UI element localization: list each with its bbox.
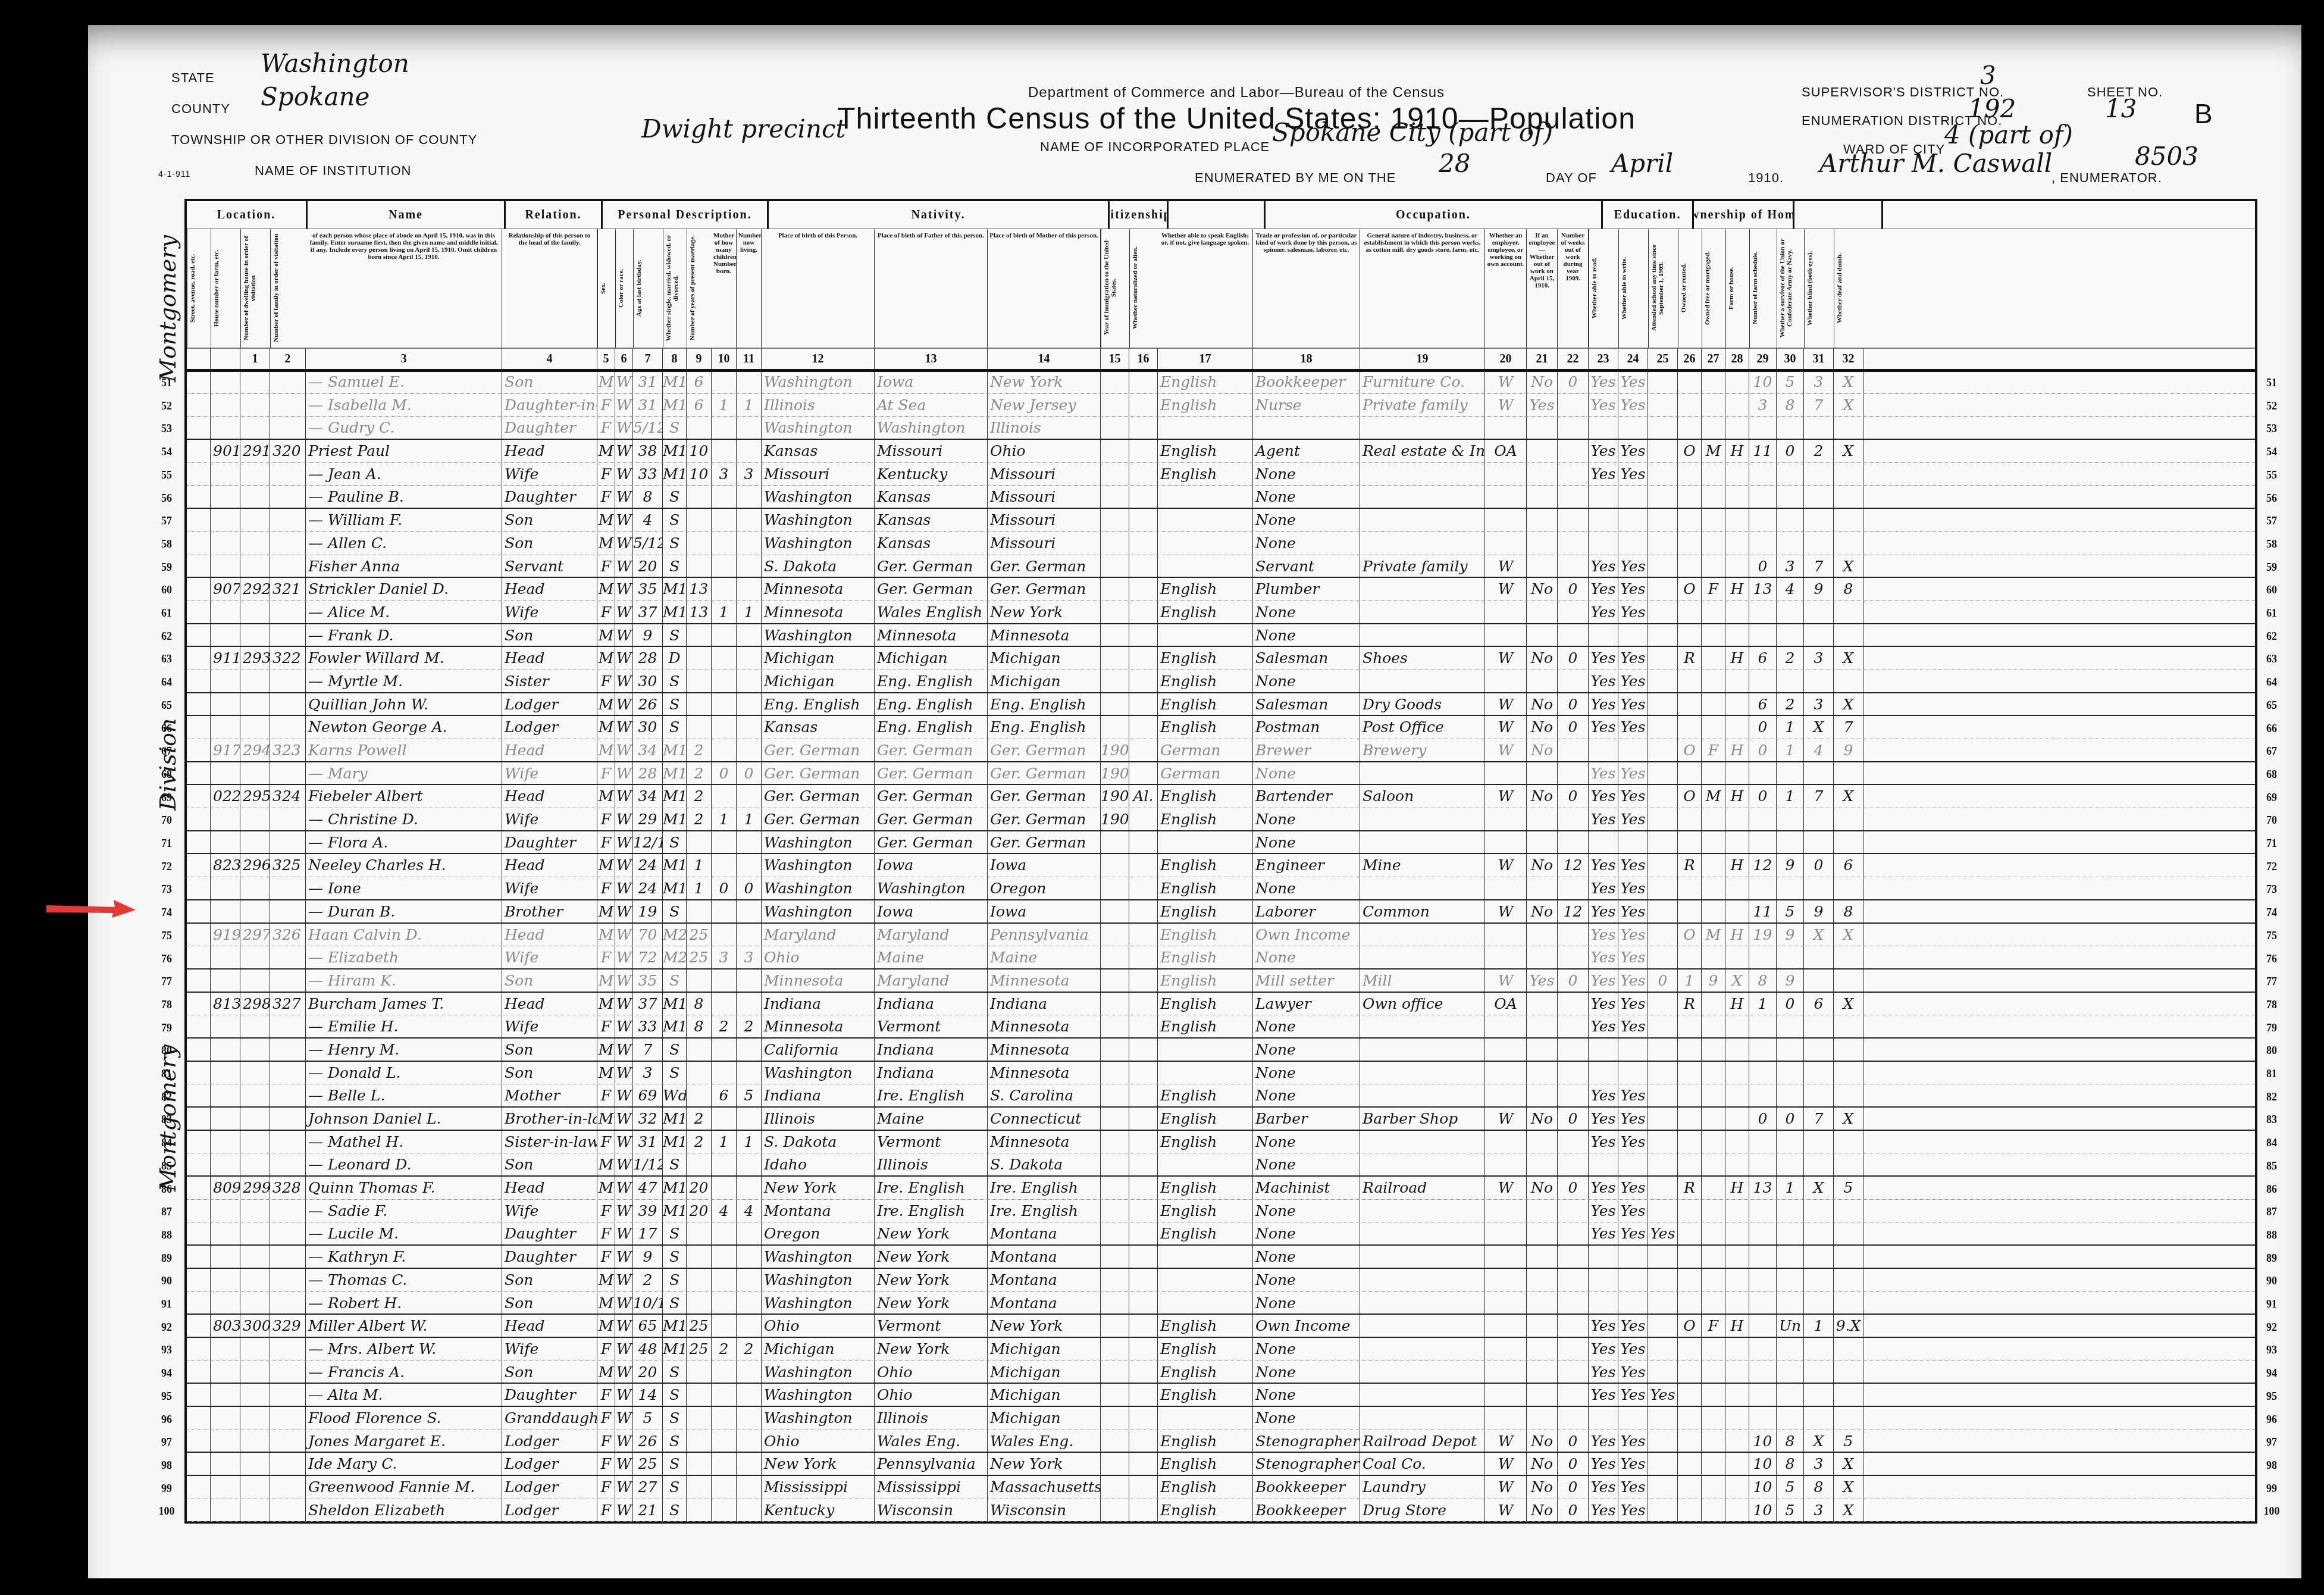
cell-industry (1360, 670, 1485, 692)
cell-emp (1485, 509, 1527, 531)
cell-born: 0 (712, 762, 737, 784)
cell-sex: M (597, 1108, 615, 1130)
cell-fh: H (1725, 854, 1749, 877)
cell-age: 5 (633, 1407, 663, 1430)
cell-nat (1129, 440, 1158, 462)
cell-industry: Shoes (1360, 647, 1485, 670)
cell-imm (1101, 1269, 1129, 1291)
cell-c32 (1834, 1292, 1863, 1314)
cell-read (1589, 417, 1618, 439)
cell-name: — Allen C. (306, 532, 502, 555)
cell-street (187, 1062, 211, 1084)
cell-write: Yes (1618, 1361, 1648, 1383)
cell-nat (1129, 1453, 1158, 1475)
cell-marital: S (663, 1361, 687, 1383)
cell-fh: H (1725, 739, 1749, 761)
cell-emp: W (1485, 1108, 1527, 1130)
line-number-right: 87 (2260, 1206, 2284, 1218)
cell-age: 24 (633, 877, 663, 899)
cell-read: Yes (1589, 785, 1618, 808)
cell-house (211, 394, 240, 417)
line-number-left: 77 (155, 975, 178, 988)
cell-nat (1129, 509, 1158, 531)
cell-c32 (1834, 969, 1863, 992)
cell-relation: Head (502, 1315, 597, 1337)
cell-free (1702, 1384, 1725, 1406)
cell-sched (1749, 831, 1777, 853)
cell-c31: 3 (1804, 1499, 1834, 1522)
cell-fh (1725, 831, 1749, 853)
cell-school (1648, 1015, 1678, 1037)
cell-born (712, 1153, 737, 1175)
cell-name: — Gudry C. (306, 417, 502, 439)
cell-free (1702, 1246, 1725, 1268)
cell-name: Fisher Anna (306, 555, 502, 577)
cell-pob_m: Wales Eng. (988, 1430, 1101, 1452)
line-number-right: 66 (2260, 723, 2284, 735)
cell-c30 (1777, 1246, 1804, 1268)
cell-own (1678, 532, 1702, 555)
table-row: — William F.SonMW4SWashingtonKansasMisso… (187, 509, 2255, 532)
cell-dwelling (240, 1292, 270, 1314)
cell-marital: M1 (663, 1177, 687, 1199)
cell-sex: F (597, 762, 615, 784)
cell-c31 (1804, 1015, 1834, 1037)
line-number-right: 97 (2260, 1436, 2284, 1449)
cell-born (712, 785, 737, 808)
cell-pob: Ger. German (762, 785, 875, 808)
cell-out: No (1527, 1476, 1558, 1499)
cell-c32 (1834, 601, 1863, 623)
cell-industry (1360, 417, 1485, 439)
cell-age: 3 (633, 1062, 663, 1084)
cell-name: — Robert H. (306, 1292, 502, 1314)
cell-street (187, 1361, 211, 1383)
cell-trade: Brewer (1253, 739, 1360, 761)
cell-imm (1101, 1177, 1129, 1199)
cell-imm (1101, 1476, 1129, 1499)
cell-c32: X (1834, 924, 1863, 946)
cell-dwelling: 299 (240, 1177, 270, 1199)
column-number: 12 (762, 349, 875, 369)
cell-sex: F (597, 417, 615, 439)
column-number: 6 (615, 349, 633, 369)
cell-sex: M (597, 1039, 615, 1061)
cell-nat (1129, 417, 1158, 439)
state-label: State (171, 70, 215, 86)
cell-dwelling: 292 (240, 578, 270, 601)
cell-living: 2 (737, 1338, 762, 1361)
cell-read: Yes (1589, 555, 1618, 577)
cell-yrs (687, 716, 712, 739)
cell-weeks (1558, 877, 1589, 899)
column-number: 29 (1749, 349, 1777, 369)
cell-pob_m: Ger. German (988, 578, 1101, 601)
cell-street (187, 486, 211, 508)
cell-nat (1129, 1315, 1158, 1337)
cell-write: Yes (1618, 946, 1648, 968)
line-number-left: 56 (155, 492, 178, 505)
cell-trade: Barber (1253, 1108, 1360, 1130)
cell-sex: M (597, 1315, 615, 1337)
cell-age: 9 (633, 624, 663, 646)
sheet-side: B (2194, 98, 2213, 130)
cell-english: English (1158, 647, 1253, 670)
cell-out (1527, 417, 1558, 439)
cell-nat (1129, 1108, 1158, 1130)
line-number-right: 98 (2260, 1459, 2284, 1472)
cell-c30: 5 (1777, 900, 1804, 922)
cell-c30 (1777, 1292, 1804, 1314)
cell-c31 (1804, 463, 1834, 486)
cell-house: 907 (211, 578, 240, 601)
cell-marital: M2 (663, 946, 687, 968)
cell-c30: 0 (1777, 993, 1804, 1015)
cell-english: English (1158, 716, 1253, 739)
line-number-right: 96 (2260, 1413, 2284, 1426)
line-number-left: 96 (155, 1413, 178, 1426)
cell-house (211, 509, 240, 531)
cell-own (1678, 509, 1702, 531)
cell-race: W (615, 693, 633, 715)
cell-pob_m: Ger. German (988, 555, 1101, 577)
cell-fh (1725, 417, 1749, 439)
cell-house: 823 (211, 854, 240, 877)
cell-fh (1725, 1015, 1749, 1037)
cell-read (1589, 1246, 1618, 1268)
column-headers: Street, avenue, road, etc.House number o… (187, 229, 2255, 348)
cell-write: Yes (1618, 716, 1648, 739)
cell-write (1618, 1407, 1648, 1430)
state-value: Washington (261, 49, 409, 78)
cell-marital: Wd (663, 1084, 687, 1106)
cell-trade: Servant (1253, 555, 1360, 577)
table-row: 911293322Fowler Willard M.HeadMW28DMichi… (187, 647, 2255, 670)
cell-write: Yes (1618, 693, 1648, 715)
cell-relation: Head (502, 739, 597, 761)
cell-street (187, 1222, 211, 1244)
cell-family (270, 969, 306, 992)
cell-english: English (1158, 1177, 1253, 1199)
cell-c31 (1804, 1292, 1834, 1314)
cell-relation: Sister (502, 670, 597, 692)
cell-own (1678, 693, 1702, 715)
cell-sched: 6 (1749, 647, 1777, 670)
cell-family: 322 (270, 647, 306, 670)
cell-fh (1725, 532, 1749, 555)
cell-imm (1101, 1499, 1129, 1522)
cell-pob: Washington (762, 1361, 875, 1383)
cell-sched (1749, 1338, 1777, 1361)
cell-pob: S. Dakota (762, 1131, 875, 1153)
cell-out (1527, 831, 1558, 853)
cell-name: — Belle L. (306, 1084, 502, 1106)
column-header: Number of farm schedule. (1749, 229, 1777, 348)
cell-nat (1129, 555, 1158, 577)
cell-trade (1253, 417, 1360, 439)
cell-nat (1129, 486, 1158, 508)
cell-school (1648, 1338, 1678, 1361)
cell-pob_f: Vermont (875, 1015, 988, 1037)
cell-english: German (1158, 762, 1253, 784)
county-value: Spokane (261, 82, 369, 111)
column-numbers: 1234567891011121314151617181920212223242… (187, 348, 2255, 372)
cell-weeks: 0 (1558, 716, 1589, 739)
cell-pob_f: Kentucky (875, 463, 988, 486)
cell-sched (1749, 1222, 1777, 1244)
cell-weeks: 0 (1558, 1430, 1589, 1452)
cell-c31 (1804, 1153, 1834, 1175)
cell-race: W (615, 946, 633, 968)
cell-industry: Real estate & Insurance (1360, 440, 1485, 462)
cell-street (187, 993, 211, 1015)
cell-out (1527, 532, 1558, 555)
cell-trade: Bookkeeper (1253, 1476, 1360, 1499)
cell-relation: Wife (502, 1200, 597, 1222)
cell-living: 1 (737, 1131, 762, 1153)
cell-living (737, 509, 762, 531)
cell-nat (1129, 1407, 1158, 1430)
cell-imm (1101, 1222, 1129, 1244)
cell-emp: W (1485, 785, 1527, 808)
cell-name: — Francis A. (306, 1361, 502, 1383)
cell-yrs: 25 (687, 924, 712, 946)
cell-family (270, 486, 306, 508)
cell-emp (1485, 532, 1527, 555)
cell-fh (1725, 1476, 1749, 1499)
cell-industry: Saloon (1360, 785, 1485, 808)
cell-living (737, 993, 762, 1015)
cell-name: — Flora A. (306, 831, 502, 853)
cell-industry (1360, 486, 1485, 508)
cell-race: W (615, 555, 633, 577)
cell-born (712, 624, 737, 646)
cell-born (712, 1499, 737, 1522)
cell-marital: M1 (663, 1315, 687, 1337)
cell-trade: Postman (1253, 716, 1360, 739)
cell-name: Flood Florence S. (306, 1407, 502, 1430)
cell-pob_m: Maine (988, 946, 1101, 968)
cell-race: W (615, 1407, 633, 1430)
cell-nat (1129, 578, 1158, 601)
cell-pob: Montana (762, 1200, 875, 1222)
township-label: Township or other division of county (171, 132, 477, 148)
cell-house: 0221 1/2 (211, 785, 240, 808)
cell-write: Yes (1618, 578, 1648, 601)
column-number: 22 (1558, 349, 1589, 369)
cell-imm (1101, 1453, 1129, 1475)
cell-pob: Washington (762, 877, 875, 899)
cell-pob_f: Illinois (875, 1407, 988, 1430)
cell-english (1158, 509, 1253, 531)
cell-pob: Ohio (762, 946, 875, 968)
cell-read: Yes (1589, 1453, 1618, 1475)
cell-english: English (1158, 946, 1253, 968)
cell-english: English (1158, 993, 1253, 1015)
cell-street (187, 785, 211, 808)
cell-marital: S (663, 1153, 687, 1175)
cell-race: W (615, 1269, 633, 1291)
cell-marital: S (663, 1407, 687, 1430)
cell-living (737, 924, 762, 946)
cell-race: W (615, 1499, 633, 1522)
cell-english: English (1158, 785, 1253, 808)
line-number-left: 92 (155, 1321, 178, 1334)
cell-write (1618, 624, 1648, 646)
cell-living (737, 647, 762, 670)
cell-pob_f: Iowa (875, 900, 988, 922)
cell-street (187, 440, 211, 462)
cell-pob_f: Ger. German (875, 785, 988, 808)
cell-c31: 9 (1804, 900, 1834, 922)
cell-nat (1129, 993, 1158, 1015)
cell-sched (1749, 1015, 1777, 1037)
cell-c31 (1804, 946, 1834, 968)
cell-relation: Head (502, 1177, 597, 1199)
cell-imm (1101, 1015, 1129, 1037)
cell-fh (1725, 1153, 1749, 1175)
cell-emp (1485, 1384, 1527, 1406)
cell-read (1589, 1292, 1618, 1314)
cell-born (712, 1430, 737, 1452)
cell-own (1678, 900, 1702, 922)
cell-industry (1360, 1246, 1485, 1268)
cell-fh (1725, 509, 1749, 531)
cell-free (1702, 555, 1725, 577)
cell-emp: OA (1485, 993, 1527, 1015)
cell-born: 0 (712, 877, 737, 899)
line-number-right: 67 (2260, 745, 2284, 758)
cell-pob_m: New York (988, 1453, 1101, 1475)
cell-living (737, 486, 762, 508)
table-row: — Emilie H.WifeFW33M1822MinnesotaVermont… (187, 1015, 2255, 1039)
cell-pob: Washington (762, 1292, 875, 1314)
cell-sex: F (597, 1222, 615, 1244)
cell-family (270, 532, 306, 555)
cell-relation: Wife (502, 601, 597, 623)
cell-own (1678, 946, 1702, 968)
cell-read: Yes (1589, 1315, 1618, 1337)
cell-c32: X (1834, 1108, 1863, 1130)
cell-weeks: 0 (1558, 1499, 1589, 1522)
cell-sched (1749, 486, 1777, 508)
cell-living: 5 (737, 1084, 762, 1106)
cell-english: English (1158, 670, 1253, 692)
table-row: — ElizabethWifeFW72M22533OhioMaineMaineE… (187, 946, 2255, 969)
cell-family: 327 (270, 993, 306, 1015)
cell-free (1702, 1015, 1725, 1037)
cell-free (1702, 1292, 1725, 1314)
line-number-left: 70 (155, 814, 178, 827)
line-number-right: 53 (2260, 423, 2284, 435)
cell-free (1702, 417, 1725, 439)
cell-pob: Washington (762, 532, 875, 555)
column-header: Number of years of present marriage. (687, 229, 712, 348)
cell-emp (1485, 1222, 1527, 1244)
column-number: 18 (1253, 349, 1360, 369)
cell-emp: W (1485, 647, 1527, 670)
cell-school (1648, 1177, 1678, 1199)
cell-c32: X (1834, 693, 1863, 715)
cell-sex: F (597, 1131, 615, 1153)
cell-fh (1725, 1131, 1749, 1153)
cell-relation: Daughter (502, 831, 597, 853)
cell-school (1648, 1499, 1678, 1522)
cell-living (737, 1407, 762, 1430)
cell-yrs: 8 (687, 1015, 712, 1037)
column-header: Relationship of this person to the head … (502, 229, 597, 348)
cell-sex: M (597, 924, 615, 946)
cell-dwelling (240, 1430, 270, 1452)
cell-industry: Common (1360, 900, 1485, 922)
cell-free (1702, 877, 1725, 899)
cell-pob: New York (762, 1453, 875, 1475)
cell-own (1678, 1292, 1702, 1314)
cell-free (1702, 1499, 1725, 1522)
cell-family: 326 (270, 924, 306, 946)
cell-age: 9 (633, 1246, 663, 1268)
cell-write: Yes (1618, 394, 1648, 417)
cell-weeks (1558, 924, 1589, 946)
cell-marital: S (663, 716, 687, 739)
cell-name: Fiebeler Albert (306, 785, 502, 808)
line-number-left: 89 (155, 1252, 178, 1265)
cell-pob: Minnesota (762, 601, 875, 623)
cell-age: 30 (633, 716, 663, 739)
incorporated-place-value: Spokane City (part of) (1272, 118, 1553, 147)
cell-read (1589, 532, 1618, 555)
cell-name: Greenwood Fannie M. (306, 1476, 502, 1499)
cell-fh: H (1725, 578, 1749, 601)
cell-house: 813 (211, 993, 240, 1015)
cell-weeks (1558, 463, 1589, 486)
cell-dwelling (240, 1407, 270, 1430)
cell-nat (1129, 1338, 1158, 1361)
cell-living (737, 739, 762, 761)
cell-race: W (615, 877, 633, 899)
cell-emp (1485, 463, 1527, 486)
cell-pob_m: Ger. German (988, 785, 1101, 808)
cell-c32: 5 (1834, 1430, 1863, 1452)
column-header: Whether able to write. (1618, 229, 1648, 348)
cell-dwelling (240, 762, 270, 784)
cell-marital: S (663, 417, 687, 439)
cell-emp (1485, 1292, 1527, 1314)
cell-out (1527, 1062, 1558, 1084)
cell-pob: Maryland (762, 924, 875, 946)
cell-weeks: 0 (1558, 693, 1589, 715)
column-number: 14 (988, 349, 1101, 369)
cell-relation: Head (502, 647, 597, 670)
cell-c32: 9 (1834, 739, 1863, 761)
cell-read: Yes (1589, 371, 1618, 393)
cell-c30: 1 (1777, 785, 1804, 808)
cell-school (1648, 417, 1678, 439)
cell-pob: Missouri (762, 463, 875, 486)
cell-weeks (1558, 1361, 1589, 1383)
cell-pob_f: Minnesota (875, 624, 988, 646)
cell-weeks (1558, 555, 1589, 577)
cell-pob_f: Maryland (875, 924, 988, 946)
line-number-right: 70 (2260, 814, 2284, 827)
column-header: Number of dwelling house in order of vis… (240, 229, 270, 348)
cell-emp: W (1485, 739, 1527, 761)
cell-trade: None (1253, 532, 1360, 555)
cell-relation: Son (502, 1039, 597, 1061)
cell-pob_m: Connecticut (988, 1108, 1101, 1130)
cell-write (1618, 1039, 1648, 1061)
table-row: — Henry M.SonMW7SCaliforniaIndianaMinnes… (187, 1039, 2255, 1062)
